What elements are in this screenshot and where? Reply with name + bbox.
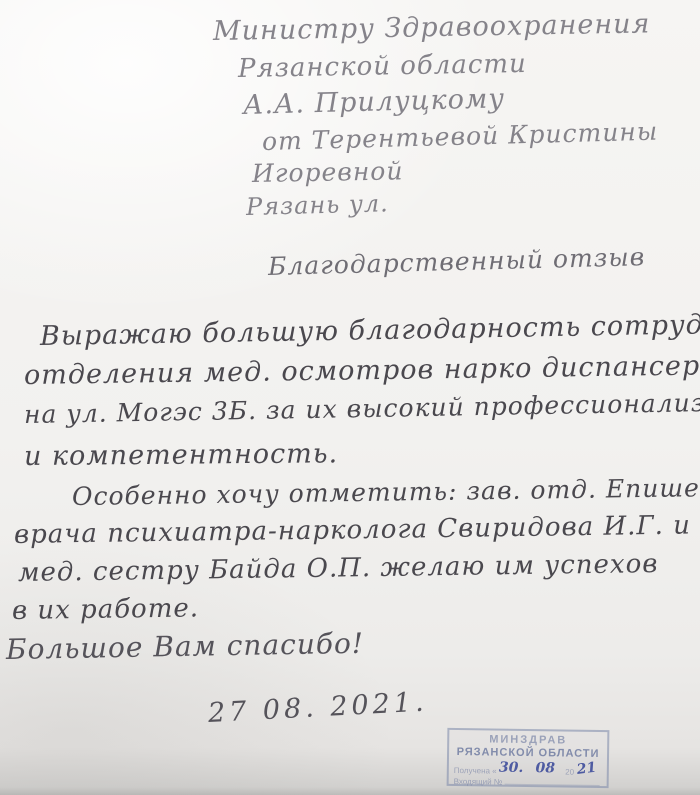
stamp-received-month: 08 [535, 760, 555, 776]
city-line: Рязань ул. [246, 189, 389, 221]
sender-line-1: от Терентьевой Кристины [262, 117, 659, 156]
stamp-received-year: 21 [575, 760, 596, 778]
closing-line: Большое Вам спасибо! [6, 627, 365, 666]
paragraph1-line-4: и компетентность. [24, 438, 338, 472]
sender-line-2: Игоревной [252, 156, 404, 188]
paragraph2-line-3: мед. сестру Байда О.П. желаю им успехов [18, 549, 659, 588]
paragraph1-line-3: на ул. Могэс 3Б. за их высокий профессио… [24, 388, 700, 429]
stamp-incoming-label: Входящий № [454, 777, 503, 787]
stamp-incoming-row: Входящий № [454, 775, 602, 788]
date-line: 27 08. 2021. [207, 687, 428, 729]
letter-title: Благодарственный отзыв [268, 242, 646, 281]
paragraph2-line-4: в их работе. [12, 593, 199, 626]
recipient-line-1: Министру Здравоохранения [213, 8, 651, 47]
stamp-org-line-1: МИНЗДРАВ [454, 733, 602, 747]
recipient-line-3: А.А. Прилуцкому [243, 83, 506, 121]
stamp-received-row: Получена « 30. 08 20 21 [454, 761, 602, 776]
paragraph1-line-2: отделения мед. осмотров нарко диспансера [24, 350, 700, 391]
ministry-received-stamp: МИНЗДРАВ РЯЗАНСКОЙ ОБЛАСТИ Получена « 30… [447, 728, 610, 788]
paragraph2-line-2: врача психиатра-нарколога Свиридова И.Г.… [14, 511, 691, 550]
paragraph2-line-1: Особенно хочу отметить: зав. отд. Епишев… [72, 472, 700, 511]
paragraph1-line-1: Выражаю большую благодарность сотрудника… [40, 308, 700, 352]
stamp-year-prefix: 20 [565, 768, 574, 777]
recipient-line-2: Рязанской области [238, 49, 527, 84]
stamp-incoming-blank-line [505, 776, 600, 786]
letter-page: Министру Здравоохранения Рязанской облас… [0, 0, 700, 795]
stamp-org-line-2: РЯЗАНСКОЙ ОБЛАСТИ [454, 746, 602, 760]
stamp-received-day: 30. [499, 760, 524, 776]
